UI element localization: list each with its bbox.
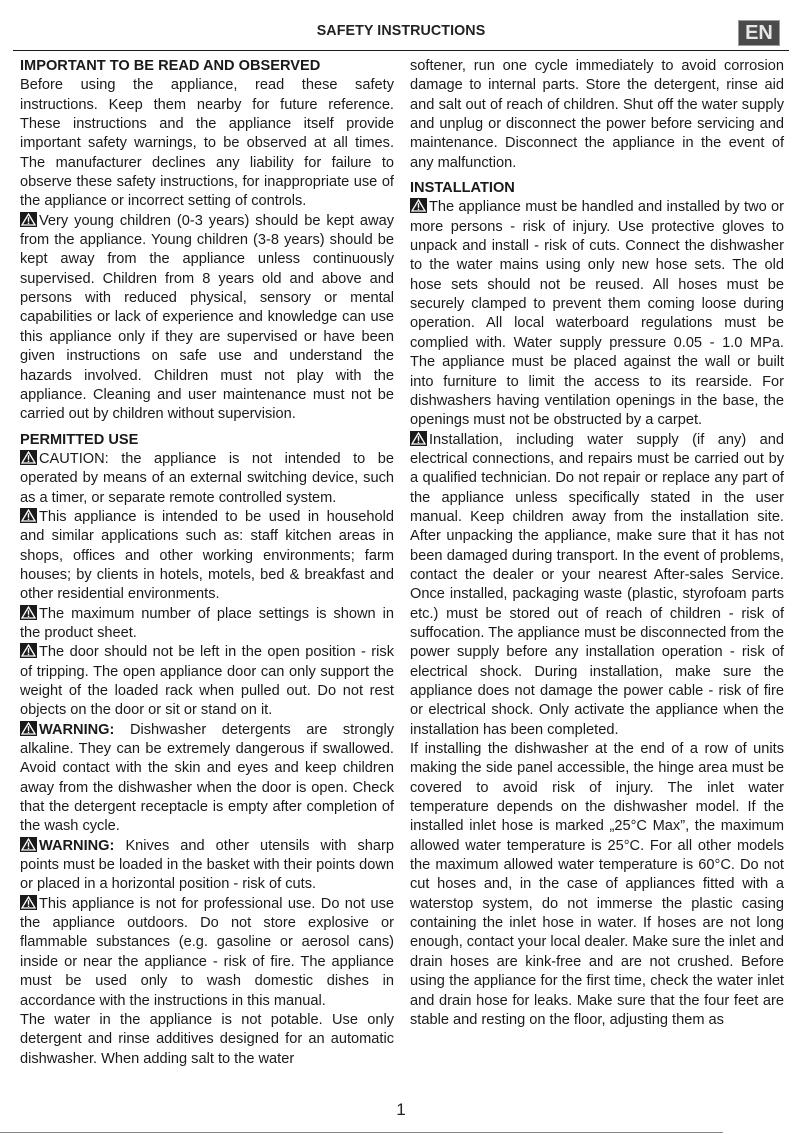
- paragraph-continuation: softener, run one cycle immediately to a…: [410, 57, 784, 173]
- paragraph-text: The appliance must be handled and instal…: [410, 199, 784, 428]
- paragraph-household-use: This appliance is intended to be used in…: [20, 508, 394, 605]
- warning-triangle-icon: [20, 508, 37, 523]
- warning-triangle-icon: [20, 643, 37, 658]
- warning-triangle-icon: [20, 895, 37, 910]
- right-column: softener, run one cycle immediately to a…: [410, 57, 784, 1030]
- warning-triangle-icon: [410, 198, 427, 213]
- warning-triangle-icon: [410, 431, 427, 446]
- paragraph-warning-detergents: WARNING: Dishwasher detergents are stron…: [20, 721, 394, 837]
- page-number: 1: [0, 1100, 802, 1120]
- warning-label: WARNING:: [39, 722, 114, 738]
- warning-label: WARNING:: [39, 838, 114, 854]
- paragraph-text: This appliance is not for professional u…: [20, 896, 394, 1009]
- paragraph-door: The door should not be left in the open …: [20, 643, 394, 720]
- paragraph-text: The door should not be left in the open …: [20, 644, 394, 718]
- paragraph-warning-knives: WARNING: Knives and other utensils with …: [20, 837, 394, 895]
- paragraph-text: Installation, including water supply (if…: [410, 432, 784, 738]
- page-title: SAFETY INSTRUCTIONS: [20, 22, 782, 39]
- header-divider: [13, 50, 789, 51]
- footer-divider: [0, 1132, 723, 1133]
- paragraph-handling: The appliance must be handled and instal…: [410, 198, 784, 430]
- paragraph-row-of-units: If installing the dishwasher at the end …: [410, 740, 784, 1030]
- section-heading-permitted-use: PERMITTED USE: [20, 431, 394, 450]
- language-badge: EN: [738, 20, 780, 46]
- warning-triangle-icon: [20, 721, 37, 736]
- section-heading-installation: INSTALLATION: [410, 179, 784, 198]
- warning-triangle-icon: [20, 450, 37, 465]
- paragraph-intro: Before using the appliance, read these s…: [20, 76, 394, 211]
- paragraph-text: The maximum number of place settings is …: [20, 606, 394, 641]
- paragraph-text: CAUTION: the appliance is not intended t…: [20, 451, 394, 506]
- paragraph-place-settings: The maximum number of place settings is …: [20, 605, 394, 644]
- paragraph-qualified-technician: Installation, including water supply (if…: [410, 431, 784, 741]
- warning-triangle-icon: [20, 605, 37, 620]
- warning-triangle-icon: [20, 837, 37, 852]
- paragraph-text: Dishwasher detergents are strongly alkal…: [20, 722, 394, 835]
- paragraph-not-professional: This appliance is not for professional u…: [20, 895, 394, 1011]
- paragraph-children: Very young children (0-3 years) should b…: [20, 212, 394, 425]
- left-column: IMPORTANT TO BE READ AND OBSERVED Before…: [20, 57, 394, 1069]
- paragraph-text: This appliance is intended to be used in…: [20, 509, 394, 602]
- section-heading-important: IMPORTANT TO BE READ AND OBSERVED: [20, 57, 394, 76]
- warning-triangle-icon: [20, 212, 37, 227]
- paragraph-caution-switching: CAUTION: the appliance is not intended t…: [20, 450, 394, 508]
- paragraph-water-not-potable: The water in the appliance is not potabl…: [20, 1011, 394, 1069]
- paragraph-text: Very young children (0-3 years) should b…: [20, 213, 394, 422]
